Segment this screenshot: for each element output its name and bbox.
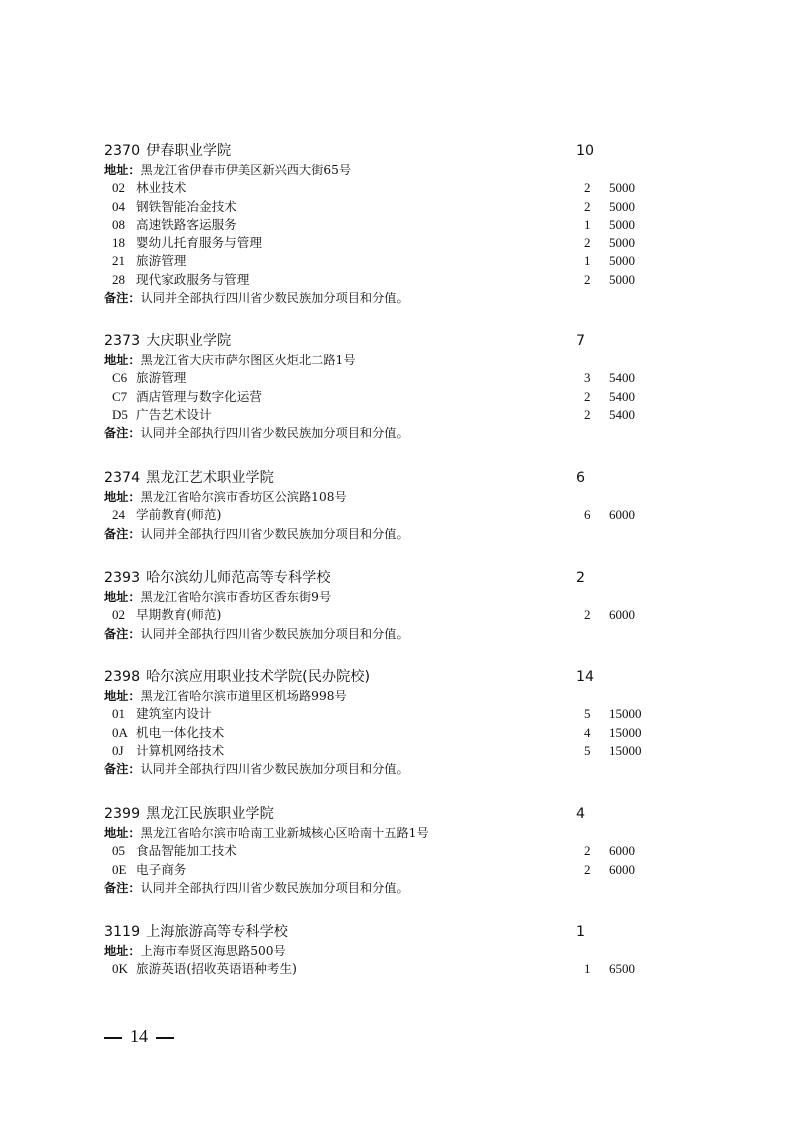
school-address: 地址：黑龙江省哈尔滨市香坊区公滨路108号	[104, 488, 664, 506]
major-fee: 6000	[609, 606, 635, 624]
major-code: 0J	[112, 742, 132, 760]
major-row: 02早期教育(师范)26000	[104, 606, 664, 624]
major-name: 计算机网络技术	[136, 743, 224, 758]
major-fee: 5000	[609, 252, 635, 270]
school-title: 2374黑龙江艺术职业学院 6	[104, 468, 664, 488]
school-title: 2393哈尔滨幼儿师范高等专科学校 2	[104, 568, 664, 588]
major-fee: 6500	[609, 960, 635, 978]
major-name: 广告艺术设计	[136, 407, 212, 422]
major-count: 6	[584, 506, 591, 524]
major-name: 高速铁路客运服务	[136, 217, 237, 232]
school-total-count: 4	[576, 804, 585, 824]
school-title: 2398哈尔滨应用职业技术学院(民办院校) 14	[104, 667, 664, 687]
major-row: 01建筑室内设计515000	[104, 705, 664, 723]
school-total-count: 2	[576, 568, 585, 588]
major-row: C7酒店管理与数字化运营25400	[104, 388, 664, 406]
note-text: 认同并全部执行四川省少数民族加分项目和分值。	[141, 881, 409, 895]
major-code: 18	[112, 234, 132, 252]
school-note: 备注：认同并全部执行四川省少数民族加分项目和分值。	[104, 424, 664, 442]
major-name: 早期教育(师范)	[136, 607, 221, 622]
note-label: 备注：	[104, 881, 141, 895]
major-code: 08	[112, 216, 132, 234]
school-name: 上海旅游高等专科学校	[146, 924, 288, 940]
address-text: 黑龙江省大庆市萨尔图区火炬北二路1号	[141, 353, 356, 367]
major-row: 08高速铁路客运服务15000	[104, 216, 664, 234]
address-label: 地址：	[104, 490, 141, 504]
school-name: 伊春职业学院	[146, 143, 231, 159]
address-label: 地址：	[104, 689, 141, 703]
school-code: 2398	[104, 669, 140, 685]
major-row: 0K旅游英语(招收英语语种考生)16500	[104, 960, 664, 978]
school-title: 2399黑龙江民族职业学院 4	[104, 804, 664, 824]
major-code: 24	[112, 506, 132, 524]
page-number-footer: 14	[104, 1026, 174, 1047]
major-fee: 5000	[609, 216, 635, 234]
address-label: 地址：	[104, 826, 141, 840]
note-text: 认同并全部执行四川省少数民族加分项目和分值。	[141, 527, 409, 541]
major-row: 24学前教育(师范)66000	[104, 506, 664, 524]
school-name: 黑龙江艺术职业学院	[146, 470, 274, 486]
school-block: 2393哈尔滨幼儿师范高等专科学校 2 地址：黑龙江省哈尔滨市香坊区香东街9号 …	[104, 568, 664, 643]
major-code: 0E	[112, 861, 132, 879]
school-title: 2370伊春职业学院 10	[104, 141, 664, 161]
major-row: 28现代家政服务与管理25000	[104, 271, 664, 289]
school-code: 2373	[104, 333, 140, 349]
school-total-count: 10	[576, 141, 594, 161]
school-address: 地址：上海市奉贤区海思路500号	[104, 942, 664, 960]
school-total-count: 1	[576, 922, 585, 942]
major-fee: 6000	[609, 506, 635, 524]
major-count: 2	[584, 234, 591, 252]
major-name: 林业技术	[136, 180, 186, 195]
school-address: 地址：黑龙江省哈尔滨市道里区机场路998号	[104, 687, 664, 705]
school-title: 3119上海旅游高等专科学校 1	[104, 922, 664, 942]
note-text: 认同并全部执行四川省少数民族加分项目和分值。	[141, 426, 409, 440]
major-name: 旅游管理	[136, 370, 186, 385]
major-row: 02林业技术25000	[104, 179, 664, 197]
major-count: 2	[584, 842, 591, 860]
school-block: 3119上海旅游高等专科学校 1 地址：上海市奉贤区海思路500号 0K旅游英语…	[104, 922, 664, 979]
school-block: 2370伊春职业学院 10 地址：黑龙江省伊春市伊美区新兴西大街65号 02林业…	[104, 141, 664, 307]
major-fee: 5000	[609, 271, 635, 289]
major-fee: 5400	[609, 369, 635, 387]
major-code: 28	[112, 271, 132, 289]
school-code: 2370	[104, 143, 140, 159]
major-name: 旅游英语(招收英语语种考生)	[136, 961, 297, 976]
major-count: 2	[584, 861, 591, 879]
major-code: C7	[112, 388, 132, 406]
school-address: 地址：黑龙江省伊春市伊美区新兴西大街65号	[104, 161, 664, 179]
school-code: 2374	[104, 470, 140, 486]
major-fee: 6000	[609, 861, 635, 879]
major-fee: 5400	[609, 388, 635, 406]
address-label: 地址：	[104, 590, 141, 604]
major-row: C6旅游管理35400	[104, 369, 664, 387]
major-count: 1	[584, 216, 591, 234]
major-count: 3	[584, 369, 591, 387]
major-count: 4	[584, 724, 591, 742]
major-fee: 6000	[609, 842, 635, 860]
note-text: 认同并全部执行四川省少数民族加分项目和分值。	[141, 762, 409, 776]
address-text: 黑龙江省哈尔滨市香坊区公滨路108号	[141, 490, 347, 504]
note-label: 备注：	[104, 527, 141, 541]
address-text: 黑龙江省哈尔滨市道里区机场路998号	[141, 689, 347, 703]
school-name: 哈尔滨幼儿师范高等专科学校	[146, 570, 330, 586]
school-title: 2373大庆职业学院 7	[104, 331, 664, 351]
school-total-count: 6	[576, 468, 585, 488]
major-row: D5广告艺术设计25400	[104, 406, 664, 424]
major-name: 食品智能加工技术	[136, 843, 237, 858]
school-total-count: 14	[576, 667, 594, 687]
address-text: 上海市奉贤区海思路500号	[141, 944, 286, 958]
major-name: 学前教育(师范)	[136, 507, 221, 522]
note-text: 认同并全部执行四川省少数民族加分项目和分值。	[141, 627, 409, 641]
school-block: 2373大庆职业学院 7 地址：黑龙江省大庆市萨尔图区火炬北二路1号 C6旅游管…	[104, 331, 664, 442]
page-number: 14	[130, 1026, 148, 1046]
major-row: 0A机电一体化技术415000	[104, 724, 664, 742]
major-row: 0E电子商务26000	[104, 861, 664, 879]
major-count: 5	[584, 742, 591, 760]
major-fee: 15000	[609, 724, 642, 742]
school-note: 备注：认同并全部执行四川省少数民族加分项目和分值。	[104, 625, 664, 643]
major-code: 0K	[112, 960, 132, 978]
major-code: 21	[112, 252, 132, 270]
note-text: 认同并全部执行四川省少数民族加分项目和分值。	[141, 291, 409, 305]
major-code: 05	[112, 842, 132, 860]
major-name: 电子商务	[136, 862, 186, 877]
major-row: 05食品智能加工技术26000	[104, 842, 664, 860]
major-count: 1	[584, 252, 591, 270]
note-label: 备注：	[104, 627, 141, 641]
major-fee: 5000	[609, 198, 635, 216]
major-fee: 5000	[609, 234, 635, 252]
major-name: 现代家政服务与管理	[136, 272, 249, 287]
school-name: 哈尔滨应用职业技术学院(民办院校)	[146, 669, 370, 685]
major-fee: 15000	[609, 705, 642, 723]
major-code: 04	[112, 198, 132, 216]
dash-left	[104, 1037, 122, 1039]
school-note: 备注：认同并全部执行四川省少数民族加分项目和分值。	[104, 289, 664, 307]
address-label: 地址：	[104, 163, 141, 177]
school-total-count: 7	[576, 331, 585, 351]
school-note: 备注：认同并全部执行四川省少数民族加分项目和分值。	[104, 760, 664, 778]
school-block: 2374黑龙江艺术职业学院 6 地址：黑龙江省哈尔滨市香坊区公滨路108号 24…	[104, 468, 664, 543]
major-fee: 15000	[609, 742, 642, 760]
dash-right	[156, 1037, 174, 1039]
major-code: 02	[112, 179, 132, 197]
school-address: 地址：黑龙江省哈尔滨市哈南工业新城核心区哈南十五路1号	[104, 824, 664, 842]
major-row: 21旅游管理15000	[104, 252, 664, 270]
major-count: 2	[584, 606, 591, 624]
major-count: 2	[584, 406, 591, 424]
school-name: 大庆职业学院	[146, 333, 231, 349]
school-address: 地址：黑龙江省大庆市萨尔图区火炬北二路1号	[104, 351, 664, 369]
major-count: 1	[584, 960, 591, 978]
major-name: 婴幼儿托育服务与管理	[136, 235, 262, 250]
address-text: 黑龙江省伊春市伊美区新兴西大街65号	[141, 163, 352, 177]
school-address: 地址：黑龙江省哈尔滨市香坊区香东街9号	[104, 588, 664, 606]
major-row: 18婴幼儿托育服务与管理25000	[104, 234, 664, 252]
major-name: 机电一体化技术	[136, 725, 224, 740]
note-label: 备注：	[104, 762, 141, 776]
school-name: 黑龙江民族职业学院	[146, 806, 274, 822]
school-code: 3119	[104, 924, 140, 940]
school-note: 备注：认同并全部执行四川省少数民族加分项目和分值。	[104, 525, 664, 543]
major-row: 04钢铁智能冶金技术25000	[104, 198, 664, 216]
document-page: 2370伊春职业学院 10 地址：黑龙江省伊春市伊美区新兴西大街65号 02林业…	[0, 0, 794, 1123]
major-count: 5	[584, 705, 591, 723]
major-count: 2	[584, 388, 591, 406]
major-name: 酒店管理与数字化运营	[136, 389, 262, 404]
school-block: 2399黑龙江民族职业学院 4 地址：黑龙江省哈尔滨市哈南工业新城核心区哈南十五…	[104, 804, 664, 897]
major-name: 旅游管理	[136, 253, 186, 268]
major-code: 0A	[112, 724, 132, 742]
school-block: 2398哈尔滨应用职业技术学院(民办院校) 14 地址：黑龙江省哈尔滨市道里区机…	[104, 667, 664, 778]
major-code: D5	[112, 406, 132, 424]
major-count: 2	[584, 271, 591, 289]
major-fee: 5400	[609, 406, 635, 424]
address-text: 黑龙江省哈尔滨市香坊区香东街9号	[141, 590, 332, 604]
address-text: 黑龙江省哈尔滨市哈南工业新城核心区哈南十五路1号	[141, 826, 429, 840]
major-row: 0J计算机网络技术515000	[104, 742, 664, 760]
address-label: 地址：	[104, 353, 141, 367]
major-name: 建筑室内设计	[136, 706, 212, 721]
major-fee: 5000	[609, 179, 635, 197]
school-code: 2399	[104, 806, 140, 822]
address-label: 地址：	[104, 944, 141, 958]
major-code: C6	[112, 369, 132, 387]
major-count: 2	[584, 198, 591, 216]
school-code: 2393	[104, 570, 140, 586]
major-name: 钢铁智能冶金技术	[136, 199, 237, 214]
major-code: 01	[112, 705, 132, 723]
note-label: 备注：	[104, 291, 141, 305]
note-label: 备注：	[104, 426, 141, 440]
major-count: 2	[584, 179, 591, 197]
school-note: 备注：认同并全部执行四川省少数民族加分项目和分值。	[104, 879, 664, 897]
major-code: 02	[112, 606, 132, 624]
